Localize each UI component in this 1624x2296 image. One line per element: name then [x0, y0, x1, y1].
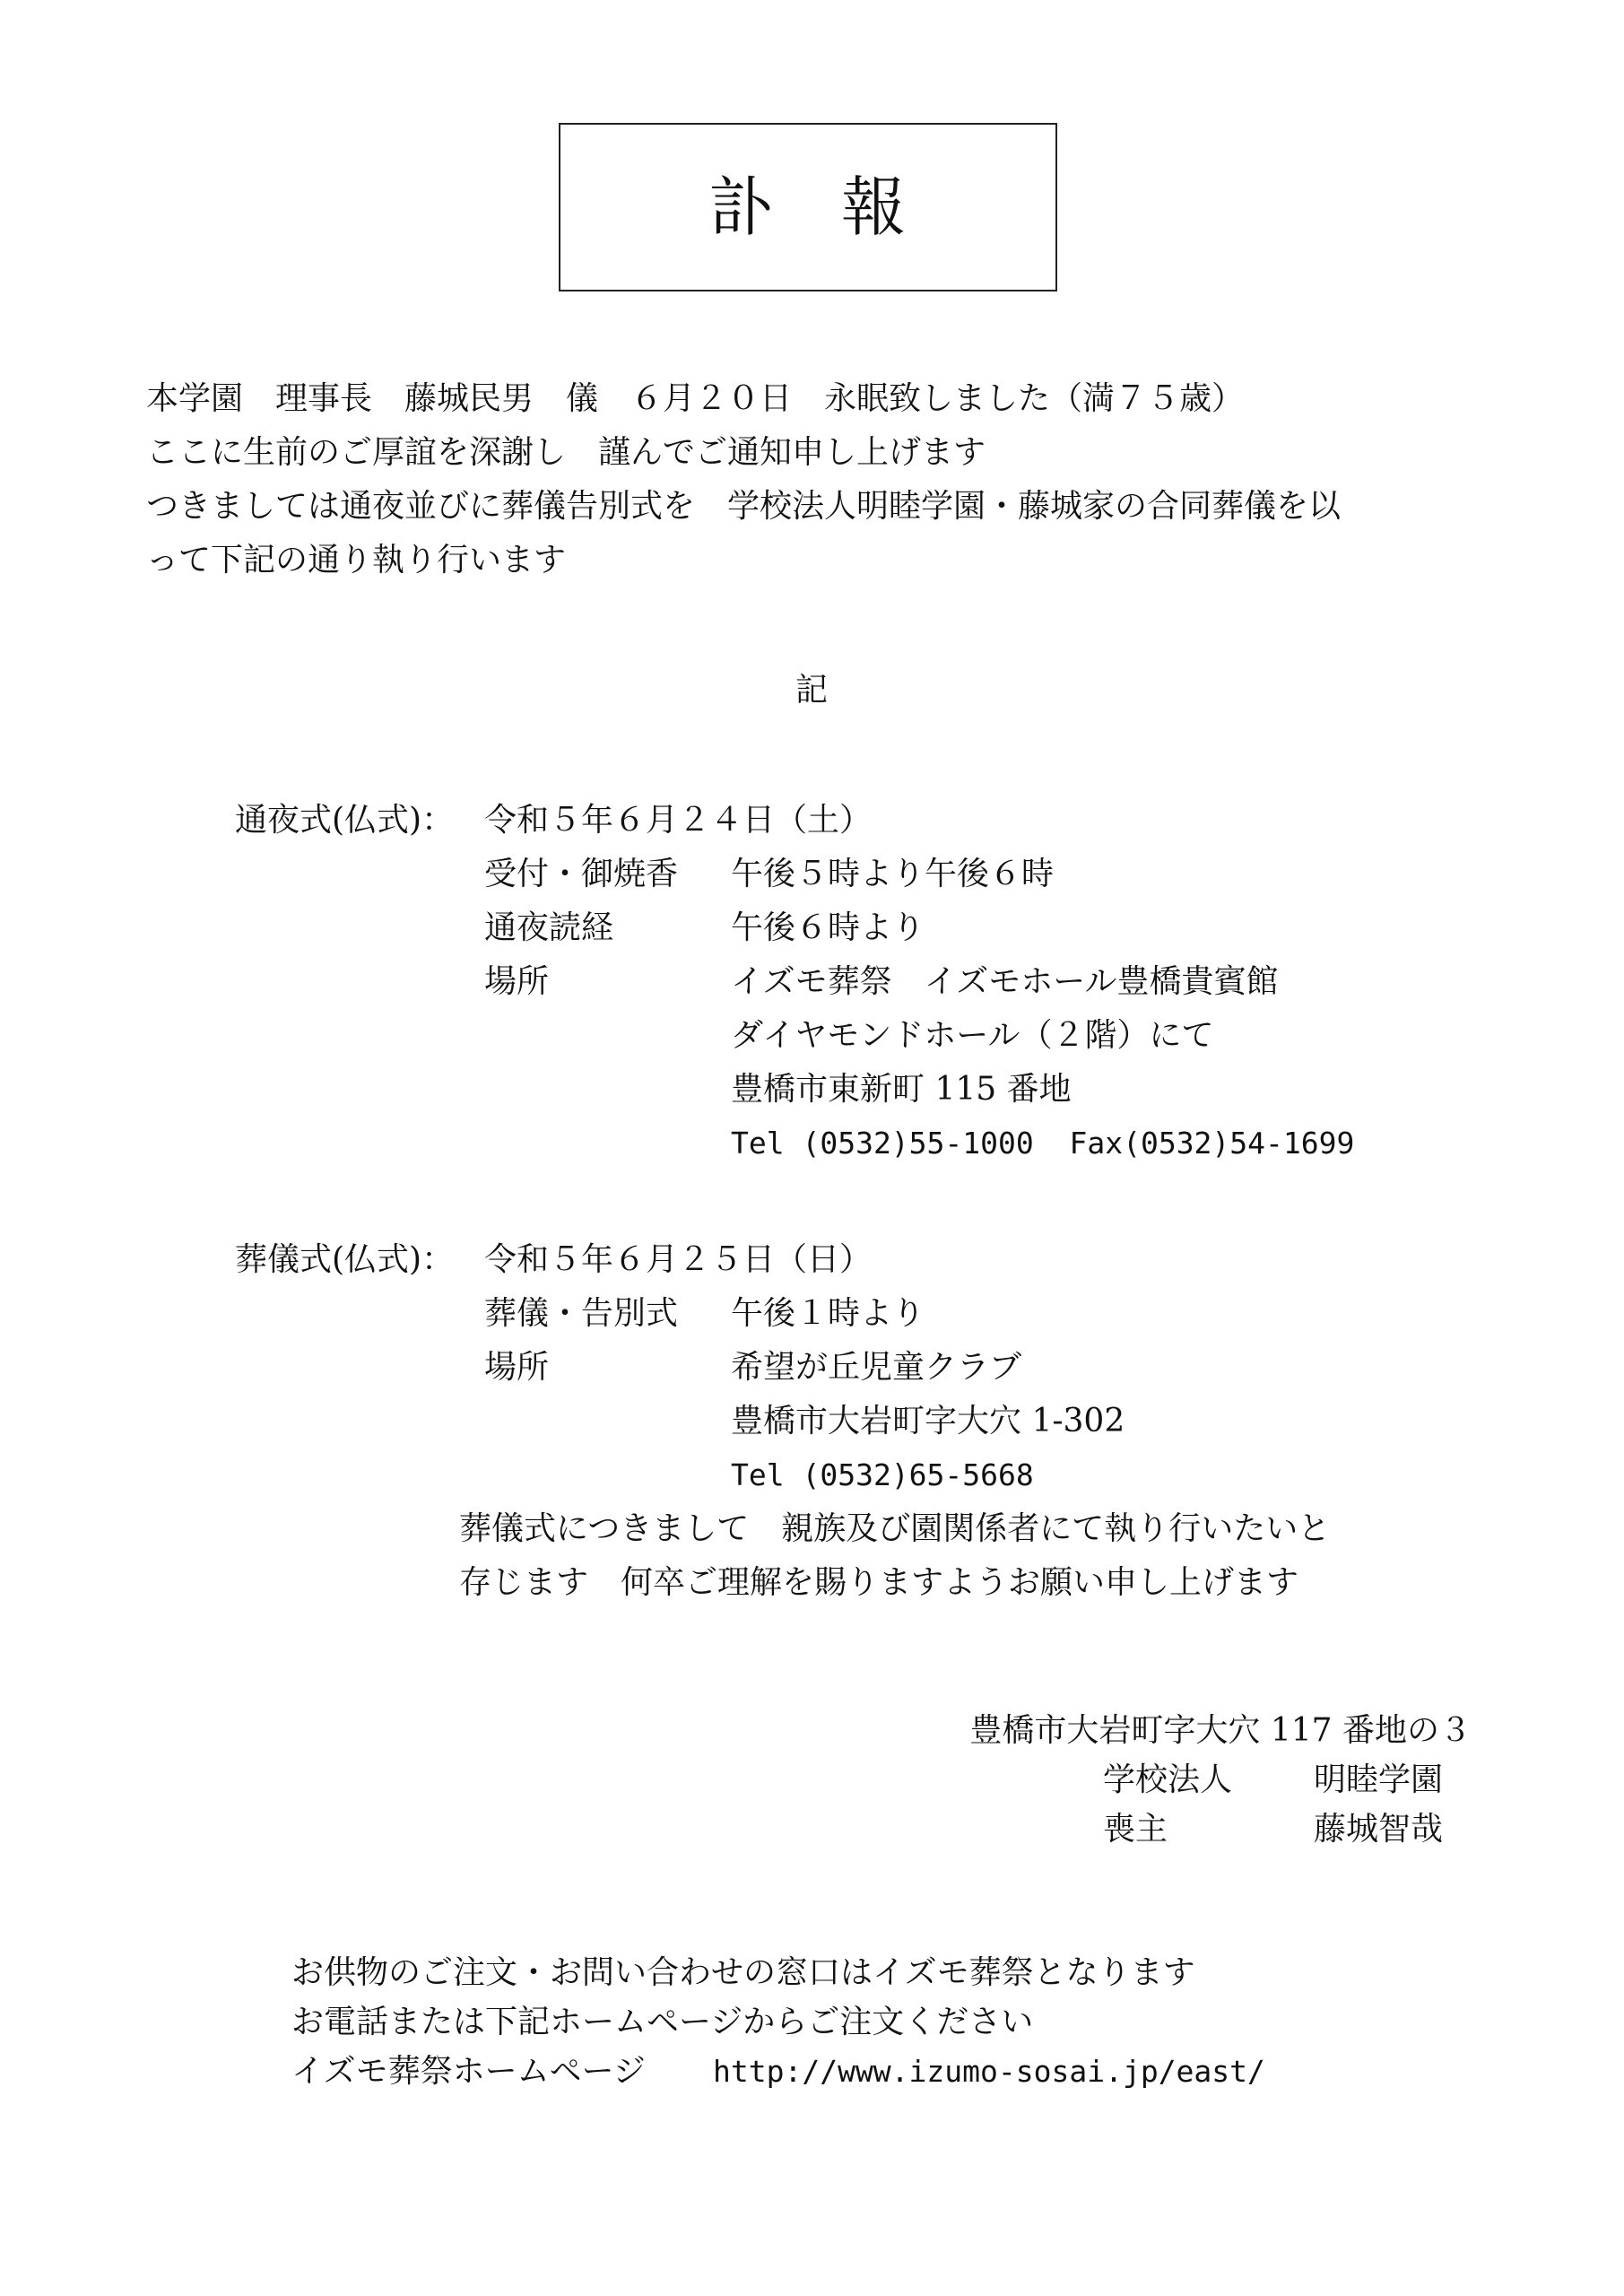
footer-line: お供物のご注文・お問い合わせの窓口はイズモ葬祭となります [291, 1946, 1195, 2000]
wake-row-value: ダイヤモンドホール（２階）にて [731, 1009, 1214, 1063]
funeral-label: 葬儀式(仏式)： [235, 1233, 454, 1287]
funeral-note-line: 存じます 何卒ご理解を賜りますようお願い申し上げます [459, 1556, 1298, 1610]
announcement-line: つきましては通夜並びに葬儀告別式を 学校法人明睦学園・藤城家の合同葬儀を以 [146, 480, 1341, 534]
wake-row-value: 午後５時より午後６時 [731, 848, 1054, 901]
wake-row-value: イズモ葬祭 イズモホール豊橋貴賓館 [731, 955, 1279, 1009]
wake-row-value: 豊橋市東新町 115 番地 [731, 1063, 1072, 1117]
wake-row-label: 場所 [484, 955, 549, 1009]
announcement-line: 本学園 理事長 藤城民男 儀 ６月２０日 永眠致しました（満７５歳） [146, 372, 1244, 426]
signature-org-name: 明睦学園 [1314, 1753, 1443, 1807]
funeral-date: 令和５年６月２５日（日） [484, 1233, 872, 1287]
wake-phone-fax: Tel (0532)55-1000 Fax(0532)54-1699 [731, 1117, 1354, 1170]
signature-chief-mourner-name: 藤城智哉 [1314, 1803, 1443, 1857]
page-title: 訃 報 [708, 175, 908, 239]
footer-line: お電話または下記ホームページからご注文ください [291, 1996, 1033, 2049]
signature-org-label: 学校法人 [1103, 1753, 1232, 1807]
wake-row-value: 午後６時より [731, 901, 925, 955]
funeral-note-line: 葬儀式につきまして 親族及び園関係者にて執り行いたいと [459, 1502, 1330, 1556]
signature-chief-mourner-label: 喪主 [1103, 1803, 1168, 1857]
announcement-line: って下記の通り執り行います [146, 534, 566, 587]
funeral-row-value: 豊橋市大岩町字大穴 1-302 [731, 1395, 1125, 1448]
funeral-row-value: 希望が丘児童クラブ [731, 1341, 1021, 1395]
wake-label: 通夜式(仏式)： [235, 794, 454, 848]
wake-date: 令和５年６月２４日（土） [484, 794, 872, 848]
signature-address: 豊橋市大岩町字大穴 117 番地の３ [969, 1704, 1472, 1758]
funeral-row-label: 場所 [484, 1341, 549, 1395]
wake-row-label: 受付・御焼香 [484, 848, 678, 901]
ki-heading: 記 [795, 664, 828, 717]
homepage-link[interactable]: http://www.izumo-sosai.jp/east/ [713, 2045, 1265, 2099]
funeral-phone: Tel (0532)65-5668 [731, 1448, 1034, 1502]
funeral-row-label: 葬儀・告別式 [484, 1287, 678, 1341]
title-box: 訃 報 [559, 123, 1057, 291]
wake-row-label: 通夜読経 [484, 901, 613, 955]
homepage-label: イズモ葬祭ホームページ [291, 2045, 646, 2099]
funeral-row-value: 午後１時より [731, 1287, 925, 1341]
announcement-line: ここに生前のご厚誼を深謝し 謹んでご通知申し上げます [146, 426, 986, 480]
